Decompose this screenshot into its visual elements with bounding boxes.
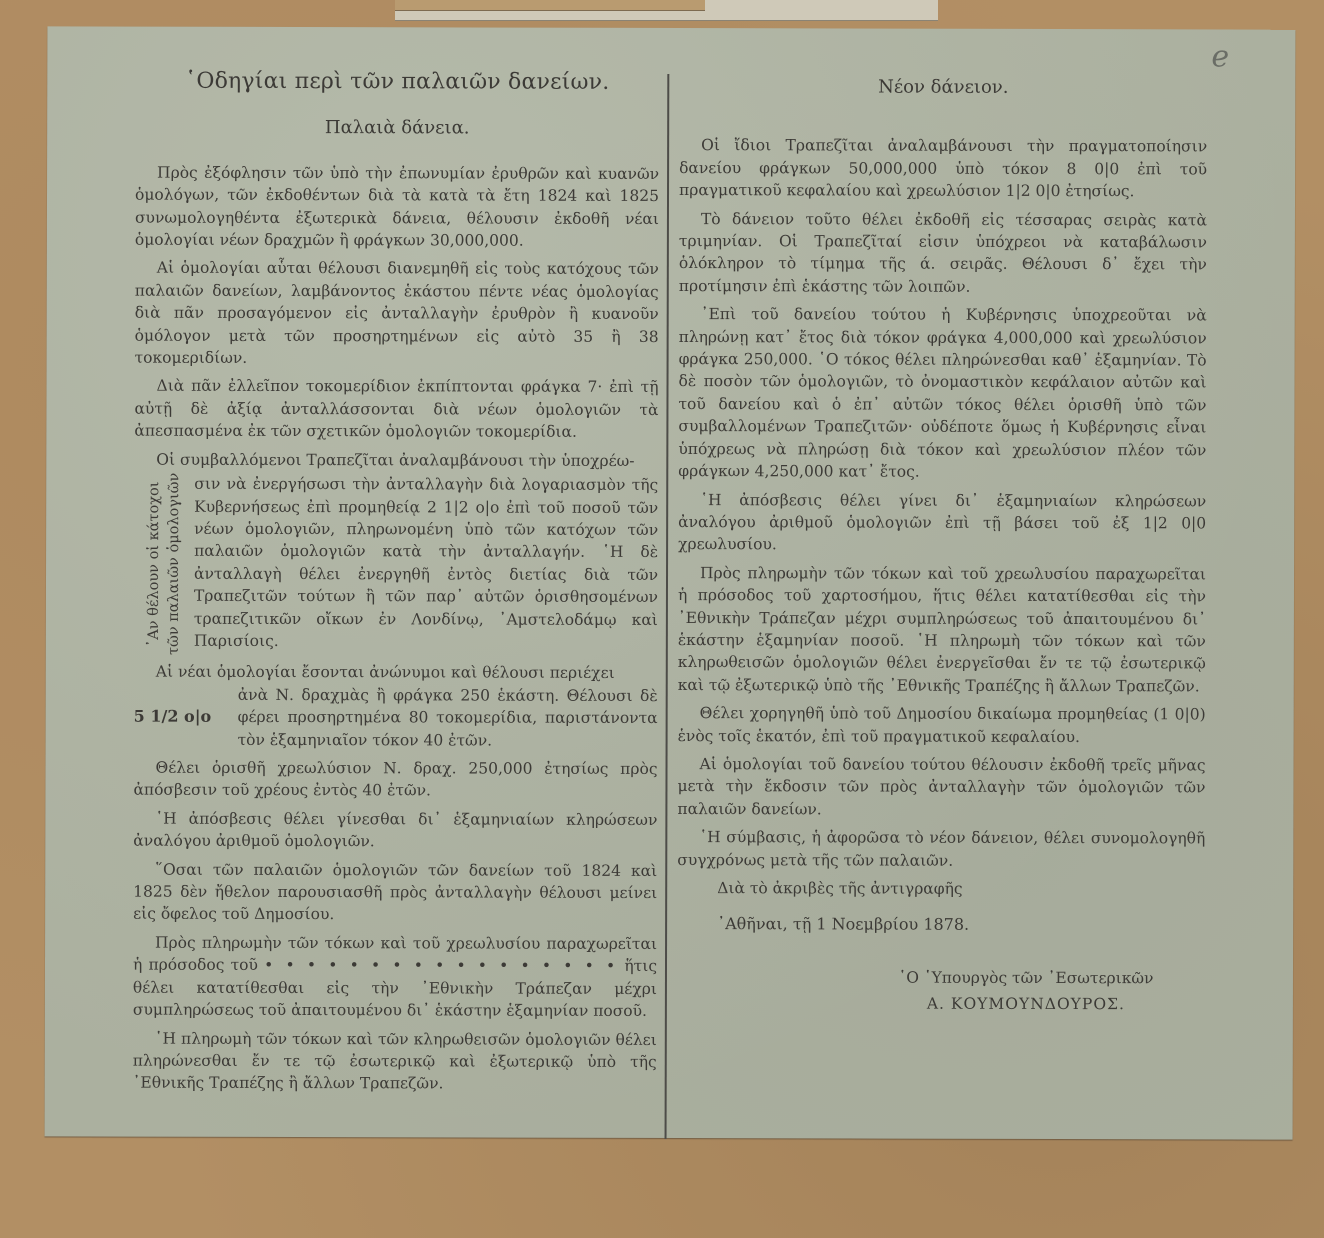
right-column-new-loan: Νέον δάνειον. Οἱ ἴδιοι Τραπεζῖται ἀναλαμ… [677,68,1207,1022]
top-paper-strip [395,0,705,11]
paragraph: Οἱ ἴδιοι Τραπεζῖται ἀναλαμβάνουσι τὴν πρ… [679,134,1207,203]
paragraph: ῾Η σύμβασις, ἡ ἀφορῶσα τὸ νέον δάνειον, … [677,826,1205,872]
certification-line: Διὰ τὸ ἀκριβὲς τῆς ἀντιγραφῆς [677,877,1205,901]
section-heading-new-loan: Νέον δάνειον. [679,76,1207,100]
archive-board: e ῾Οδηγίαι περὶ τῶν παλαιῶν δανείων. Παλ… [0,0,1324,1238]
signatory-title: ῾Ο ῾Υπουργὸς τῶν ᾽Εσωτερικῶν [847,966,1205,989]
rate-annotated-paragraph: 5 1/2 ο|ο ἀνὰ Ν. δραχμὰς ἢ φράγκα 250 ἑκ… [134,683,658,752]
paragraph: ῞Οσαι τῶν παλαιῶν ὁμολογιῶν τῶν δανείων … [133,858,657,927]
paragraph: Θέλει χορηγηθῆ ὑπὸ τοῦ Δημοσίου δικαίωμα… [678,702,1206,748]
annotated-paragraph: ᾽Αν θέλουν οἱ κάτοχοι τῶν παλαιῶν ὁμολογ… [134,473,658,657]
margin-note-line: τῶν παλαιῶν ὁμολογιῶν [164,473,184,655]
paragraph: Τὸ δάνειον τοῦτο θέλει ἐκδοθῆ εἰς τέσσαρ… [679,208,1207,299]
place-date: ᾽Αθῆναι, τῇ 1 Νοεμβρίου 1878. [717,914,1205,938]
paragraph-lead: Αἱ νέαι ὁμολογίαι ἔσονται ἀνώνυμοι καὶ θ… [134,661,658,685]
paragraph: Διὰ πᾶν ἐλλεῖπον τοκομερίδιον ἐκπίπτοντα… [134,375,658,444]
document-title: ῾Οδηγίαι περὶ τῶν παλαιῶν δανείων. [135,71,659,95]
paragraph: ῾Η ἀπόσβεσις θέλει γίνεσθαι δι᾽ ἑξαμηνια… [133,807,657,853]
top-clipping-fragment [395,0,938,21]
blank-dotted-leader: • • • • • • • • • • • • • • • • • [264,956,618,975]
column-divider [665,74,670,1139]
document-sheet: e ῾Οδηγίαι περὶ τῶν παλαιῶν δανείων. Παλ… [45,26,1296,1139]
paragraph: ᾽Επὶ τοῦ δανείου τούτου ἡ Κυβέρνησις ὑπο… [678,303,1206,484]
paragraph: σιν νὰ ἐνεργήσωσι τὴν ἀνταλλαγὴν διὰ λογ… [194,473,658,657]
archive-handwritten-mark: e [1211,39,1229,74]
paragraph: Αἱ ὁμολογίαι αὗται θέλουσι διανεμηθῆ εἰς… [135,257,659,370]
paragraph: Αἱ ὁμολογίαι τοῦ δανείου τούτου θέλουσιν… [677,753,1205,822]
paragraph: Πρὸς πληρωμὴν τῶν τόκων καὶ τοῦ χρεωλυσί… [678,562,1206,698]
section-heading-old-loans: Παλαιὰ δάνεια. [135,117,659,141]
paragraph: Θέλει ὁρισθῆ χρεωλύσιον Ν. δραχ. 250,000… [133,757,657,803]
paragraph-lead: Οἱ συμβαλλόμενοι Τραπεζῖται ἀναλαμβάνουσ… [134,448,658,472]
signatory-name: Α. ΚΟΥΜΟΥΝΔΟΥΡΟΣ. [847,993,1205,1016]
paragraph: ἀνὰ Ν. δραχμὰς ἢ φράγκα 250 ἑκάστη. Θέλο… [238,684,658,752]
paragraph: ῾Η ἀπόσβεσις θέλει γίνει δι᾽ ἑξαμηνιαίων… [678,489,1206,558]
interest-rate-label: 5 1/2 ο|ο [134,706,238,729]
paragraph: ῾Η πληρωμὴ τῶν τόκων καὶ τῶν κληρωθεισῶν… [133,1027,657,1096]
paragraph: Πρὸς ἐξόφλησιν τῶν ὑπὸ τὴν ἐπωνυμίαν ἐρυ… [135,161,659,252]
paragraph: Πρὸς πληρωμὴν τῶν τόκων καὶ τοῦ χρεωλυσί… [133,931,657,1022]
margin-note-line: ᾽Αν θέλουν οἱ κάτοχοι [144,473,164,655]
left-column-old-loans: ῾Οδηγίαι περὶ τῶν παλαιῶν δανείων. Παλαι… [133,67,660,1102]
margin-note: ᾽Αν θέλουν οἱ κάτοχοι τῶν παλαιῶν ὁμολογ… [134,473,194,655]
